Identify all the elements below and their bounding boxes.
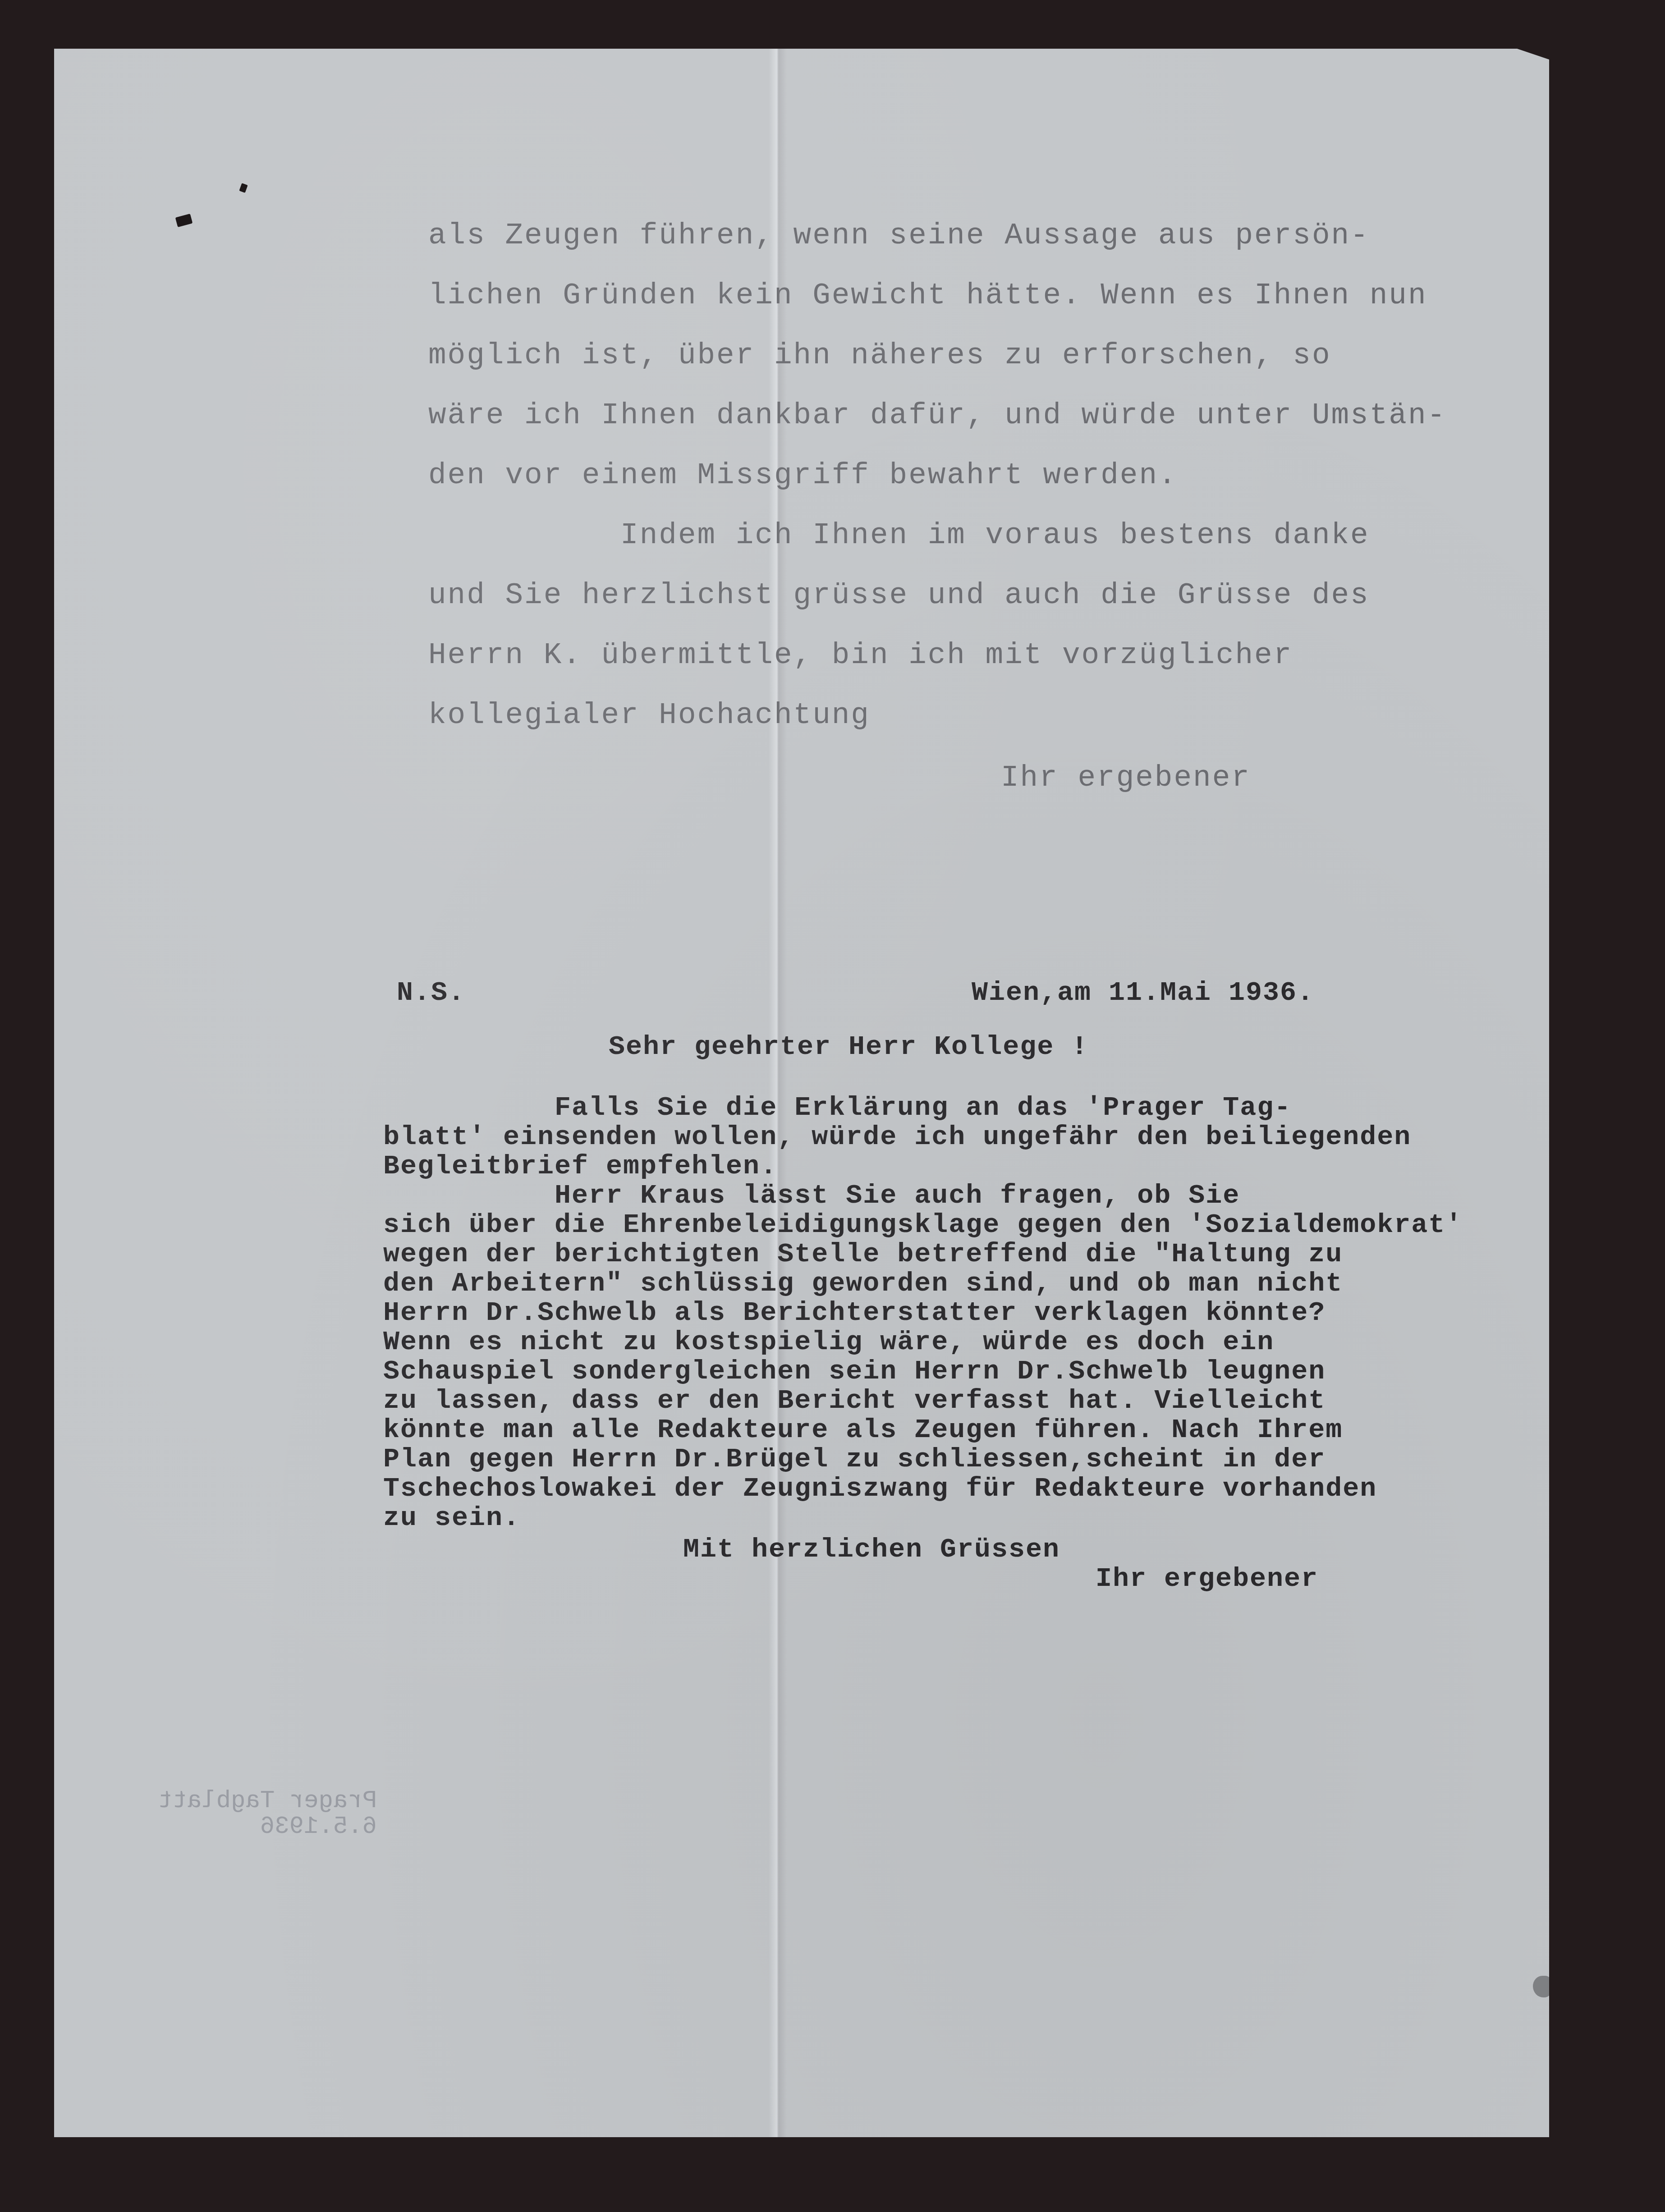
body-line: als Zeugen führen, wenn seine Aussage au… <box>428 221 1370 251</box>
body-line: Herrn K. übermittle, bin ich mit vorzügl… <box>428 641 1293 670</box>
salutation: Sehr geehrter Herr Kollege ! <box>609 1034 1088 1061</box>
body-line: Herr Kraus lässt Sie auch fragen, ob Sie <box>383 1182 1240 1209</box>
letter-page: als Zeugen führen, wenn seine Aussage au… <box>54 49 1549 2137</box>
body-line: und Sie herzlichst grüsse und auch die G… <box>428 581 1370 610</box>
body-line: Tschechoslowakei der Zeugniszwang für Re… <box>383 1475 1377 1502</box>
body-line: Begleitbrief empfehlen. <box>383 1153 777 1180</box>
greeting: Mit herzlichen Grüssen <box>683 1536 1060 1563</box>
punch-hole <box>239 183 248 193</box>
body-line: Falls Sie die Erklärung an das 'Prager T… <box>383 1095 1291 1122</box>
body-line: Schauspiel sondergleichen sein Herrn Dr.… <box>383 1358 1326 1385</box>
body-line: Wenn es nicht zu kostspielig wäre, würde… <box>383 1329 1274 1356</box>
body-line: wegen der berichtigten Stelle betreffend… <box>383 1241 1343 1268</box>
mirrored-stamp-impression: Prager Tagblatt 6.5.1936 <box>158 1789 377 1840</box>
body-line: kollegialer Hochachtung <box>428 701 870 730</box>
body-line: den vor einem Missgriff bewahrt werden. <box>428 461 1178 490</box>
stamp-line: 6.5.1936 <box>260 1813 377 1841</box>
place-date: Wien,am 11.Mai 1936. <box>972 980 1314 1007</box>
body-line: zu lassen, dass er den Bericht verfasst … <box>383 1388 1326 1415</box>
ink-stain <box>1533 1976 1553 1997</box>
body-line: zu sein. <box>383 1505 520 1532</box>
body-line: den Arbeitern" schlüssig geworden sind, … <box>383 1270 1343 1297</box>
initials: N.S. <box>397 980 465 1007</box>
closing: Ihr ergebener <box>1001 763 1251 793</box>
punch-hole <box>175 214 193 227</box>
body-line: möglich ist, über ihn näheres zu erforsc… <box>428 341 1331 371</box>
body-line: könnte man alle Redakteure als Zeugen fü… <box>383 1417 1343 1444</box>
body-line: sich über die Ehrenbeleidigungsklage geg… <box>383 1212 1463 1239</box>
body-line: Indem ich Ihnen im voraus bestens danke <box>428 521 1370 550</box>
body-line: Herrn Dr.Schwelb als Berichterstatter ve… <box>383 1300 1326 1327</box>
stamp-line: Prager Tagblatt <box>158 1787 377 1815</box>
closing: Ihr ergebener <box>1096 1566 1318 1593</box>
body-line: wäre ich Ihnen dankbar dafür, und würde … <box>428 401 1446 430</box>
body-line: lichen Gründen kein Gewicht hätte. Wenn … <box>428 281 1427 311</box>
body-line: Plan gegen Herrn Dr.Brügel zu schliessen… <box>383 1446 1326 1473</box>
body-line: blatt' einsenden wollen, würde ich ungef… <box>383 1124 1411 1151</box>
